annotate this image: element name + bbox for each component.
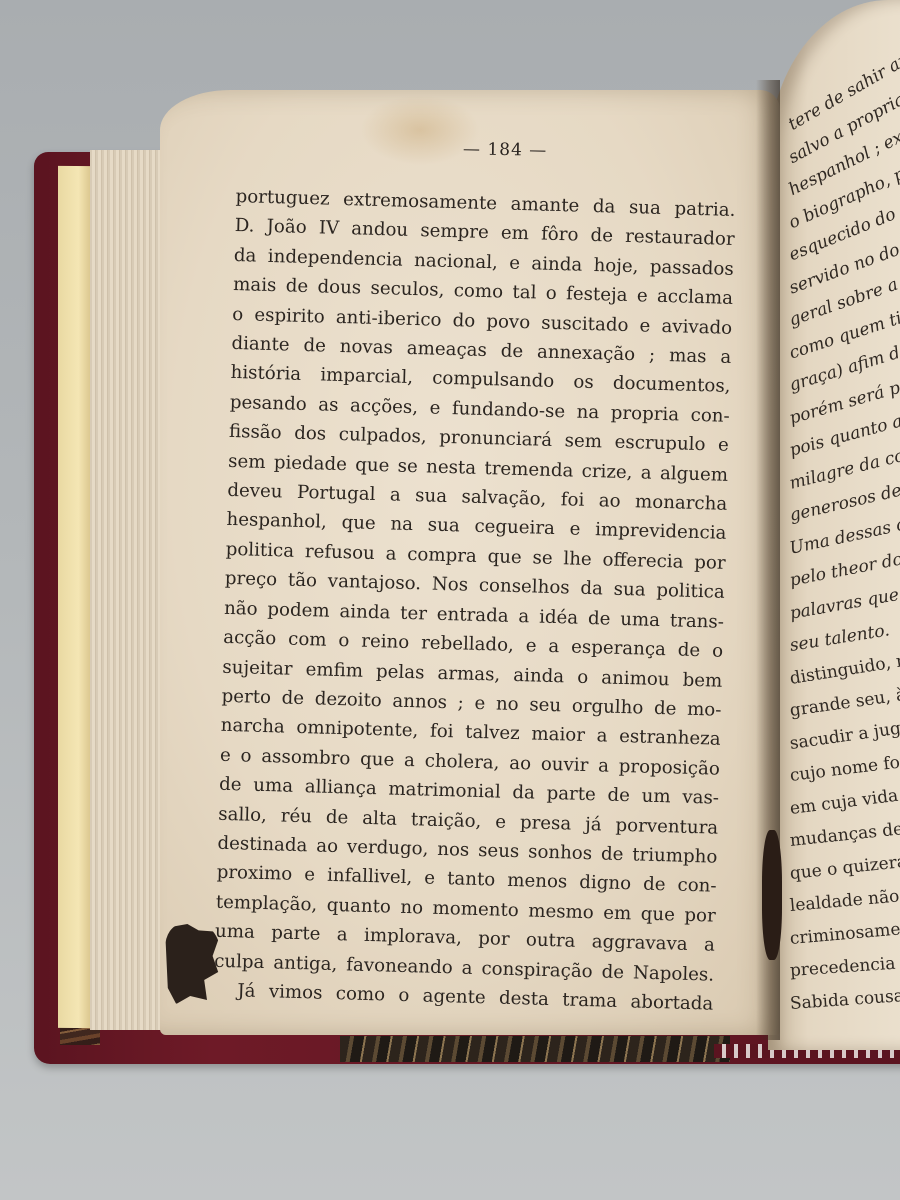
page-number: — 184 — [463, 139, 548, 160]
ink-stain-gutter [762, 830, 782, 960]
right-page-text: tere de sahir apressa salvo a propria vi… [790, 110, 900, 1020]
gilt-page-edge [58, 166, 92, 1028]
marbled-spine-edge [340, 1036, 730, 1062]
left-page-text: portuguez extremosamente amante da sua p… [213, 182, 736, 1019]
book-photo: tere de sahir apressa salvo a propria vi… [0, 0, 900, 1200]
